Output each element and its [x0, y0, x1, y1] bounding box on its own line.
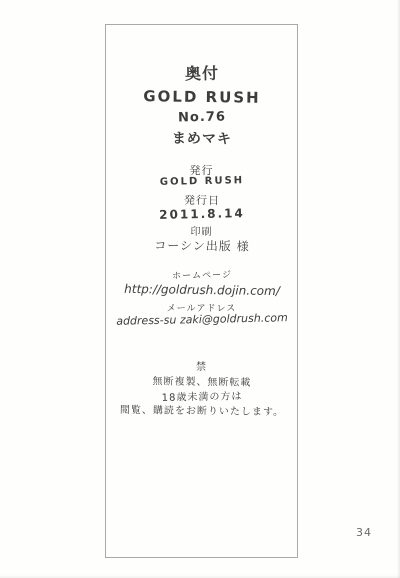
homepage-url: http://goldrush.dojin.com/ [124, 282, 280, 298]
publisher-name: GOLD RUSH [159, 175, 243, 188]
colophon-border-frame: 奥付 GOLD RUSH No.76 まめマキ 発行 GOLD RUSH 発行日… [105, 24, 298, 558]
printer-name: コーシン出版 様 [154, 236, 250, 254]
scanned-colophon-page: 奥付 GOLD RUSH No.76 まめマキ 発行 GOLD RUSH 発行日… [0, 0, 400, 578]
printer-label: 印刷 [191, 223, 213, 238]
homepage-label: ホームページ [171, 267, 231, 281]
circle-name: GOLD RUSH [143, 87, 261, 107]
prohibition-line1: 無断複製、無断転載 [152, 372, 251, 388]
publication-date: 2011.8.14 [159, 206, 245, 222]
colophon-heading: 奥付 [184, 61, 218, 85]
prohibition-line3: 閲覧、購読をお断りいたします。 [119, 401, 283, 418]
author-name: まめマキ [171, 128, 231, 149]
issue-number: No.76 [177, 110, 225, 126]
email-address: address-su zaki@goldrush.com [116, 311, 288, 328]
prohibition-heading: 禁 [196, 358, 207, 373]
page-number: 34 [356, 526, 372, 539]
